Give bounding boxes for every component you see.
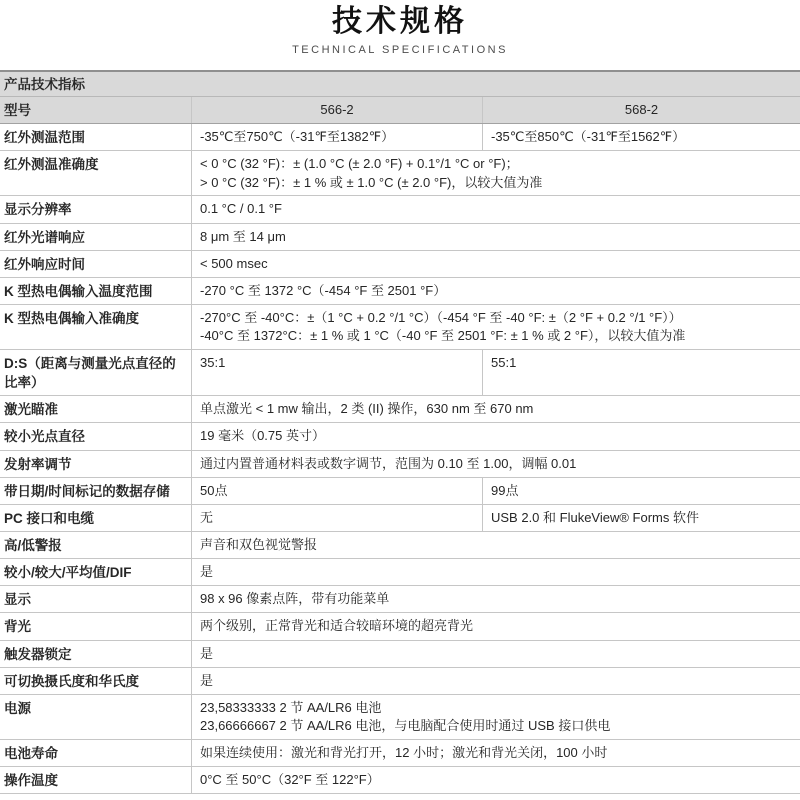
- model-name-568-2: 568-2: [483, 97, 800, 123]
- spec-row-label: 可切换摄氏度和华氏度: [0, 668, 192, 694]
- spec-row: 显示98 x 96 像素点阵，带有功能菜单: [0, 586, 800, 613]
- spec-row-value: 通过内置普通材料表或数字调节，范围为 0.10 至 1.00，调幅 0.01: [192, 451, 800, 477]
- section-header-row: 产品技术指标: [0, 72, 800, 97]
- spec-row-value: 8 μm 至 14 μm: [192, 224, 800, 250]
- spec-row-value: 0.1 °C / 0.1 °F: [192, 196, 800, 222]
- spec-value-568-2: 99点: [483, 478, 800, 504]
- spec-row: K 型热电偶输入温度范围-270 °C 至 1372 °C（-454 °F 至 …: [0, 278, 800, 305]
- spec-row-value: 23,58333333 2 节 AA/LR6 电池23,66666667 2 节…: [192, 695, 800, 739]
- spec-row-label: 红外测温范围: [0, 124, 192, 150]
- page-header: 技术规格 TECHNICAL SPECIFICATIONS: [0, 0, 800, 70]
- spec-row-value: 是: [192, 559, 800, 585]
- spec-value-line: 单点激光 < 1 mw 输出，2 类 (II) 操作，630 nm 至 670 …: [200, 400, 792, 418]
- spec-row-value: 两个级别，正常背光和适合较暗环境的超亮背光: [192, 613, 800, 639]
- spec-row-label: 电源: [0, 695, 192, 739]
- spec-row-value: -270 °C 至 1372 °C（-454 °F 至 2501 °F）: [192, 278, 800, 304]
- spec-row-label: 显示分辨率: [0, 196, 192, 222]
- spec-rows: 红外测温范围-35℃至750℃（-31℉至1382℉）-35℃至850℃（-31…: [0, 124, 800, 794]
- spec-row-value: 0°C 至 50°C（32°F 至 122°F）: [192, 767, 800, 793]
- spec-row-label: 背光: [0, 613, 192, 639]
- spec-row: 较小光点直径19 毫米（0.75 英寸）: [0, 423, 800, 450]
- spec-value-line: 23,58333333 2 节 AA/LR6 电池: [200, 699, 792, 717]
- spec-row-value: 单点激光 < 1 mw 输出，2 类 (II) 操作，630 nm 至 670 …: [192, 396, 800, 422]
- spec-row-label: 较小光点直径: [0, 423, 192, 449]
- spec-row-label: 红外测温准确度: [0, 151, 192, 195]
- spec-row-label: K 型热电偶输入准确度: [0, 305, 192, 349]
- spec-value-line: 0°C 至 50°C（32°F 至 122°F）: [200, 771, 792, 789]
- spec-value-566-2: 50点: [192, 478, 483, 504]
- spec-row-value: 是: [192, 641, 800, 667]
- spec-row: 带日期/时间标记的数据存储50点99点: [0, 478, 800, 505]
- spec-row: 电池寿命如果连续使用：激光和背光打开，12 小时；激光和背光关闭，100 小时: [0, 740, 800, 767]
- spec-row-value: 19 毫米（0.75 英寸）: [192, 423, 800, 449]
- page-subtitle: TECHNICAL SPECIFICATIONS: [0, 44, 800, 56]
- page-title: 技术规格: [0, 3, 800, 41]
- spec-row-value: 是: [192, 668, 800, 694]
- spec-value-line: 0.1 °C / 0.1 °F: [200, 200, 792, 218]
- spec-row: 红外光谱响应8 μm 至 14 μm: [0, 224, 800, 251]
- spec-value-line: -40°C 至 1372°C：± 1 % 或 1 °C（-40 °F 至 250…: [200, 327, 792, 345]
- spec-row: PC 接口和电缆无USB 2.0 和 FlukeView® Forms 软件: [0, 505, 800, 532]
- spec-value-line: 98 x 96 像素点阵，带有功能菜单: [200, 590, 792, 608]
- spec-row: 电源23,58333333 2 节 AA/LR6 电池23,66666667 2…: [0, 695, 800, 740]
- spec-row-label: 激光瞄准: [0, 396, 192, 422]
- spec-row: 红外测温范围-35℃至750℃（-31℉至1382℉）-35℃至850℃（-31…: [0, 124, 800, 151]
- spec-value-line: 8 μm 至 14 μm: [200, 228, 792, 246]
- spec-row: 操作温度0°C 至 50°C（32°F 至 122°F）: [0, 767, 800, 794]
- spec-row: 发射率调节通过内置普通材料表或数字调节，范围为 0.10 至 1.00，调幅 0…: [0, 451, 800, 478]
- spec-value-line: 19 毫米（0.75 英寸）: [200, 427, 792, 445]
- spec-value-line: 如果连续使用：激光和背光打开，12 小时；激光和背光关闭，100 小时: [200, 744, 792, 762]
- spec-value-568-2: 55:1: [483, 350, 800, 395]
- spec-row: 较小/较大/平均值/DIF是: [0, 559, 800, 586]
- spec-value-566-2: 无: [192, 505, 483, 531]
- model-name-566-2: 566-2: [192, 97, 483, 123]
- spec-row-label: 电池寿命: [0, 740, 192, 766]
- spec-row: 可切换摄氏度和华氏度是: [0, 668, 800, 695]
- spec-value-line: 是: [200, 563, 792, 581]
- spec-row-value: -270°C 至 -40°C：±（1 °C + 0.2 °/1 °C）（-454…: [192, 305, 800, 349]
- spec-value-line: 是: [200, 645, 792, 663]
- spec-row-label: 发射率调节: [0, 451, 192, 477]
- spec-row-value: 如果连续使用：激光和背光打开，12 小时；激光和背光关闭，100 小时: [192, 740, 800, 766]
- spec-row: 红外响应时间< 500 msec: [0, 251, 800, 278]
- spec-row-label: PC 接口和电缆: [0, 505, 192, 531]
- spec-row-label: 较小/较大/平均值/DIF: [0, 559, 192, 585]
- spec-value-568-2: -35℃至850℃（-31℉至1562℉）: [483, 124, 800, 150]
- spec-row: K 型热电偶输入准确度-270°C 至 -40°C：±（1 °C + 0.2 °…: [0, 305, 800, 350]
- spec-table: 产品技术指标 型号 566-2 568-2 红外测温范围-35℃至750℃（-3…: [0, 70, 800, 794]
- spec-value-line: -270 °C 至 1372 °C（-454 °F 至 2501 °F）: [200, 282, 792, 300]
- spec-row-value: 声音和双色视觉警报: [192, 532, 800, 558]
- spec-row-label: 显示: [0, 586, 192, 612]
- spec-value-line: -270°C 至 -40°C：±（1 °C + 0.2 °/1 °C）（-454…: [200, 309, 792, 327]
- spec-value-line: < 0 °C (32 °F)：± (1.0 °C (± 2.0 °F) + 0.…: [200, 155, 792, 173]
- spec-value-line: 两个级别，正常背光和适合较暗环境的超亮背光: [200, 617, 792, 635]
- spec-value-566-2: -35℃至750℃（-31℉至1382℉）: [192, 124, 483, 150]
- spec-value-line: > 0 °C (32 °F)：± 1 % 或 ± 1.0 °C (± 2.0 °…: [200, 174, 792, 192]
- spec-row: D:S（距离与测量光点直径的比率）35:155:1: [0, 350, 800, 396]
- spec-row-label: 触发器锁定: [0, 641, 192, 667]
- spec-value-line: < 500 msec: [200, 255, 792, 273]
- spec-row: 高/低警报声音和双色视觉警报: [0, 532, 800, 559]
- spec-row-value: 98 x 96 像素点阵，带有功能菜单: [192, 586, 800, 612]
- model-row-label: 型号: [0, 97, 192, 123]
- spec-value-566-2: 35:1: [192, 350, 483, 395]
- spec-row-label: K 型热电偶输入温度范围: [0, 278, 192, 304]
- section-header-label: 产品技术指标: [0, 72, 800, 96]
- spec-row: 触发器锁定是: [0, 641, 800, 668]
- spec-value-568-2: USB 2.0 和 FlukeView® Forms 软件: [483, 505, 800, 531]
- spec-row: 红外测温准确度< 0 °C (32 °F)：± (1.0 °C (± 2.0 °…: [0, 151, 800, 196]
- model-row: 型号 566-2 568-2: [0, 97, 800, 124]
- spec-row-label: 高/低警报: [0, 532, 192, 558]
- spec-row-value: < 500 msec: [192, 251, 800, 277]
- spec-row: 显示分辨率0.1 °C / 0.1 °F: [0, 196, 800, 223]
- spec-value-line: 是: [200, 672, 792, 690]
- spec-row-label: 操作温度: [0, 767, 192, 793]
- spec-row-label: 红外响应时间: [0, 251, 192, 277]
- spec-row-value: < 0 °C (32 °F)：± (1.0 °C (± 2.0 °F) + 0.…: [192, 151, 800, 195]
- spec-row-label: D:S（距离与测量光点直径的比率）: [0, 350, 192, 395]
- spec-value-line: 23,66666667 2 节 AA/LR6 电池，与电脑配合使用时通过 USB…: [200, 717, 792, 735]
- spec-value-line: 通过内置普通材料表或数字调节，范围为 0.10 至 1.00，调幅 0.01: [200, 455, 792, 473]
- spec-row: 背光两个级别，正常背光和适合较暗环境的超亮背光: [0, 613, 800, 640]
- spec-row: 激光瞄准单点激光 < 1 mw 输出，2 类 (II) 操作，630 nm 至 …: [0, 396, 800, 423]
- spec-row-label: 红外光谱响应: [0, 224, 192, 250]
- spec-value-line: 声音和双色视觉警报: [200, 536, 792, 554]
- spec-row-label: 带日期/时间标记的数据存储: [0, 478, 192, 504]
